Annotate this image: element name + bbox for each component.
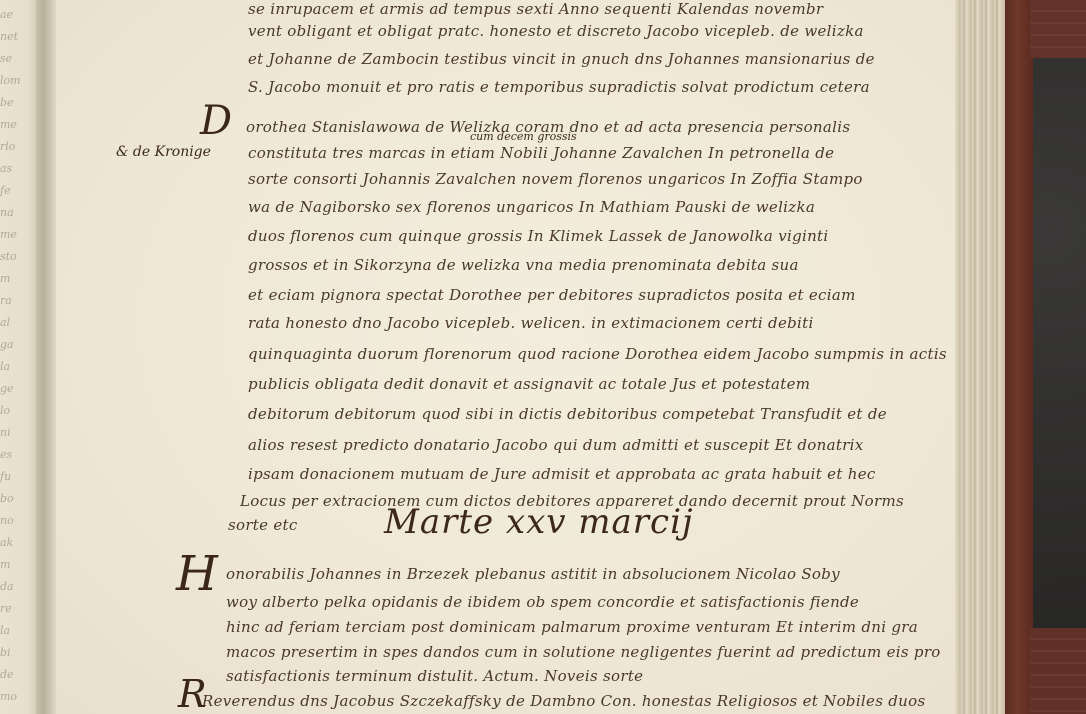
manuscript-line: publicis obligata dedit donavit et assig… [248, 375, 810, 393]
manuscript-line: se inrupacem et armis ad tempus sexti An… [248, 0, 823, 18]
manuscript-line: debitorum debitorum quod sibi in dictis … [248, 405, 887, 423]
manuscript-line: et eciam pignora spectat Dorothee per de… [248, 286, 856, 304]
interlinear-note: cum decem grossis [470, 130, 577, 143]
manuscript-line: quinquaginta duorum florenorum quod raci… [248, 345, 947, 363]
manuscript-line: et Johanne de Zambocin testibus vincit i… [248, 50, 875, 68]
manuscript-line: constituta tres marcas in etiam Nobili J… [248, 144, 834, 162]
manuscript-line: alios resest predicto donatario Jacobo q… [248, 436, 864, 454]
manuscript-line: duos florenos cum quinque grossis In Kli… [248, 227, 828, 245]
manuscript-line: S. Jacobo monuit et pro ratis e temporib… [248, 78, 870, 96]
manuscript-line: sorte etc [228, 516, 298, 534]
manuscript-line: grossos et in Sikorzyna de welizka vna m… [248, 256, 799, 274]
manuscript-line: satisfactionis terminum distulit. Actum.… [226, 667, 643, 685]
manuscript-line: Reverendus dns Jacobus Szczekaffsky de D… [202, 692, 902, 710]
manuscript-line: ipsam donacionem mutuam de Jure admisit … [248, 465, 876, 483]
manuscript-line: rata honesto dno Jacobo vicepleb. welice… [248, 314, 814, 332]
manuscript-line: sorte consorti Johannis Zavalchen novem … [248, 170, 863, 188]
manuscript-line: wa de Nagiborsko sex florenos ungaricos … [248, 198, 815, 216]
manuscript-line: onorabilis Johannes in Brzezek plebanus … [226, 565, 840, 583]
decorated-initial: R [178, 672, 207, 714]
manuscript-line: hinc ad feriam terciam post dominicam pa… [226, 618, 918, 636]
manuscript-line: vent obligant et obligat pratc. honesto … [248, 22, 864, 40]
handwritten-text: se inrupacem et armis ad tempus sexti An… [0, 0, 1086, 714]
decorated-initial: D [200, 98, 232, 144]
manuscript-line: macos presertim in spes dandos cum in so… [226, 643, 926, 661]
entry-heading-date: Marte xxv marcij [384, 502, 694, 542]
decorated-initial: H [176, 546, 218, 602]
margin-note: & de Kronige [116, 144, 211, 160]
manuscript-line: woy alberto pelka opidanis de ibidem ob … [226, 593, 859, 611]
